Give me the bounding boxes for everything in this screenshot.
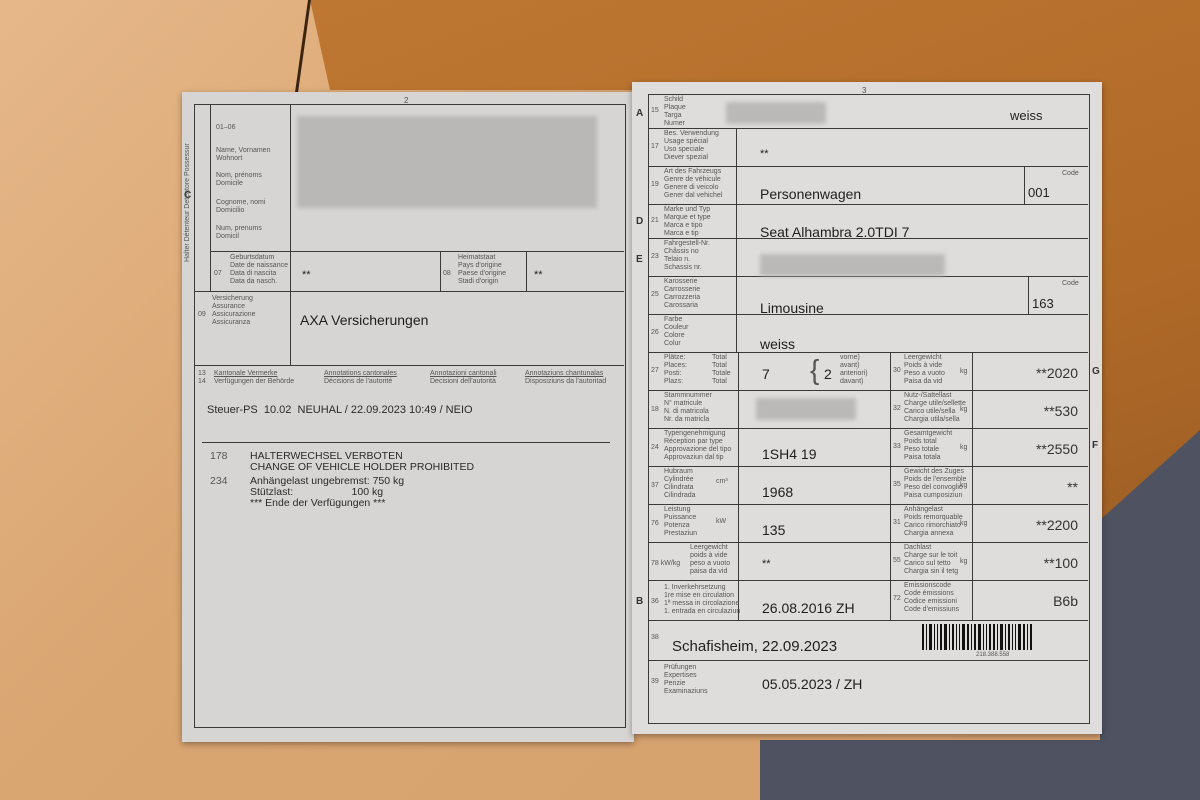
barcode-number: 218.388.558 [976, 652, 1009, 658]
row_25-label: Karosserie [664, 278, 697, 286]
row-55-label: Dachlast [904, 544, 931, 552]
barcode-bar [949, 624, 950, 650]
row-divider [648, 466, 1088, 467]
origin-country-value: ** [534, 269, 543, 281]
row-72-label: Emissionscode [904, 582, 951, 590]
row_25-label: Carrosserie [664, 286, 700, 294]
barcode-bar [1023, 624, 1025, 650]
barcode-bar [944, 624, 947, 650]
row_17-label: Diever spezial [664, 154, 708, 162]
row-31-label: Poids remorquable [904, 514, 963, 522]
code-label: Code [1062, 280, 1079, 288]
seats-total-value: 7 [762, 366, 770, 382]
row-divider [648, 352, 1088, 353]
row-27-total-label: Total [712, 354, 727, 362]
barcode-bar [959, 624, 960, 650]
inspection-value: 05.05.2023 / ZH [762, 676, 862, 692]
row-27-total-label: Total [712, 378, 727, 386]
row-55-label: Carico sul tetto [904, 560, 951, 568]
left-page: 2 C Halter Détenteur Detentore Possessur… [182, 92, 634, 742]
row-33-value: **2550 [998, 441, 1078, 457]
row-18-number: 18 [651, 406, 659, 413]
row-39-number: 39 [651, 678, 659, 685]
row-72-value: B6b [998, 593, 1078, 609]
row_21-label: Marke und Typ [664, 206, 710, 214]
section-letter-d: D [636, 216, 643, 227]
row-08-number: 08 [443, 270, 451, 277]
matriculation-number-redacted [756, 398, 856, 420]
row-27-label: Posti: [664, 370, 682, 378]
vehicle-type-value: Personenwagen [760, 186, 861, 202]
row_25-label: Carossaria [664, 302, 698, 310]
row-76-label: Prestaziun [664, 530, 697, 538]
row_25-number: 25 [651, 291, 659, 298]
issue-place-date-value: Schafisheim, 22.09.2023 [672, 638, 837, 655]
row-divider [648, 314, 1088, 315]
row-35-label: Gewicht des Zuges [904, 468, 964, 476]
row_21-label: Marque et type [664, 214, 711, 222]
row-27-label: Places: [664, 362, 687, 370]
section-letter-g: G [1092, 366, 1100, 377]
seats-front-label: vorne) [840, 354, 860, 362]
unit-label: kg [960, 406, 967, 414]
row-31-label: Chargia annexa [904, 530, 953, 538]
column-divider [1024, 166, 1025, 204]
row-39-label: Expertises [664, 672, 697, 680]
row-divider [648, 660, 1088, 661]
row_19-label: Gener dal vehichel [664, 192, 722, 200]
row-37-label: Cylindrée [664, 476, 694, 484]
row-18-label: Nr. da matricla [664, 416, 709, 424]
row-32-label: Chargia utila/sella [904, 416, 960, 424]
barcode-bar [1030, 624, 1032, 650]
row-39-label: Examinaziuns [664, 688, 708, 696]
row-76-label: Leistung [664, 506, 690, 514]
row_25-label: Carrozzeria [664, 294, 700, 302]
row_23-label: Telaio n. [664, 256, 690, 264]
insurance-value: AXA Versicherungen [300, 312, 428, 328]
row-0106-label-de: Name, Vornamen Wohnort [216, 147, 286, 162]
annotations-header-rm: Annotaziuns chantunalas [525, 370, 603, 378]
row-72-number: 72 [893, 595, 901, 602]
row-30-value: **2020 [998, 365, 1078, 381]
row-35-label: Peso del convoglio [904, 484, 963, 492]
row-76-label: Potenza [664, 522, 690, 530]
row-27-label: Plazs: [664, 378, 683, 386]
decisions-header-fr: Décisions de l'autorité [324, 378, 392, 386]
barcode-bar [952, 624, 954, 650]
body-type-code: 163 [1032, 296, 1054, 311]
row-18-label: Stammnummer [664, 392, 712, 400]
column-divider [736, 128, 737, 352]
plate-color-value: weiss [1010, 108, 1043, 123]
barcode-bar [940, 624, 942, 650]
row-78-label: peso a vuoto [690, 560, 730, 568]
row_19-label: Genre de véhicule [664, 176, 721, 184]
row-35-number: 35 [893, 481, 901, 488]
row_26-label: Colur [664, 340, 681, 348]
row-27-total-label: Total [712, 362, 727, 370]
seats-front-label: avant) [840, 362, 859, 370]
row_23-number: 23 [651, 253, 659, 260]
row_17-label: Bes. Verwendung [664, 130, 719, 138]
row_21-number: 21 [651, 217, 659, 224]
row-78-number: 78 kW/kg [651, 560, 680, 567]
row_26-label: Colore [664, 332, 685, 340]
row_15-label: Numer [664, 120, 685, 128]
row-37-number: 37 [651, 482, 659, 489]
row-33-label: Paisa totala [904, 454, 941, 462]
tax-hp-line: Steuer-PS 10.02 NEUHAL / 22.09.2023 10:4… [207, 404, 473, 416]
unit-label: kW [716, 518, 726, 526]
decisions-header-it: Decisioni dell'autorità [430, 378, 496, 386]
barcode-bar [1018, 624, 1021, 650]
column-divider [1028, 276, 1029, 314]
row-07-label: Geburtsdatum [230, 254, 274, 262]
chassis-number-redacted [760, 254, 945, 276]
decision-line: *** Ende der Verfügungen *** [250, 497, 385, 509]
row-07-label: Data di nascita [230, 270, 276, 278]
row-36-label: 1. Inverkehrsetzung [664, 584, 725, 592]
row-35-label: Poids de l'ensemble [904, 476, 966, 484]
row-divider [648, 504, 1088, 505]
vehicle-type-code: 001 [1028, 185, 1050, 200]
barcode-bar [997, 624, 998, 650]
row-78-label: poids à vide [690, 552, 727, 560]
row_15-label: Plaque [664, 104, 686, 112]
row-30-label: Peso a vuoto [904, 370, 945, 378]
barcode-bar [926, 624, 927, 650]
row-08-label: Stadi d'origin [458, 278, 498, 286]
row_15-label: Schild [664, 96, 683, 104]
barcode-bar [1000, 624, 1003, 650]
type-approval-value: 1SH4 19 [762, 446, 816, 462]
row-32-label: Charge utile/sellette [904, 400, 966, 408]
row-18-label: N° matricule [664, 400, 702, 408]
row-09-label: Versicherung [212, 295, 253, 303]
row-32-label: Nutz-/Sattellast [904, 392, 951, 400]
right-page: 3 15SchildPlaqueTargaNumer17Bes. Verwend… [632, 82, 1102, 734]
row_23-label: Châssis no [664, 248, 699, 256]
row-0106-label-it: Cognome, nomi Domicilio [216, 199, 286, 214]
code-label: Code [1062, 170, 1079, 178]
row-33-number: 33 [893, 443, 901, 450]
row-18-label: N. di matricola [664, 408, 709, 416]
decision-line: CHANGE OF VEHICLE HOLDER PROHIBITED [250, 461, 474, 473]
section-letter-f: F [1092, 440, 1098, 451]
row-31-label: Anhängelast [904, 506, 943, 514]
row_26-label: Farbe [664, 316, 682, 324]
barcode-bar [971, 624, 972, 650]
row-27-number: 27 [651, 367, 659, 374]
barcode-bar [1015, 624, 1016, 650]
barcode-bar [993, 624, 995, 650]
row-divider [648, 128, 1088, 129]
row_15-label: Targa [664, 112, 682, 120]
row-24-label: Approvazione del tipo [664, 446, 731, 454]
barcode [922, 624, 1032, 650]
make-model-value: Seat Alhambra 2.0TDI 7 [760, 224, 909, 240]
row-07-number: 07 [214, 270, 222, 277]
row-07-label: Data da nasch. [230, 278, 277, 286]
power-value: 135 [762, 522, 785, 538]
row-31-label: Carico rimorchiato [904, 522, 961, 530]
section-letter-e: E [636, 254, 643, 265]
row-72-label: Codice emissioni [904, 598, 957, 606]
column-divider [890, 352, 891, 620]
row-27-label: Plätze: [664, 354, 685, 362]
color-value: weiss [760, 336, 795, 352]
row_17-label: Uso speciale [664, 146, 704, 154]
barcode-bar [956, 624, 957, 650]
row_23-label: Fahrgestell-Nr. [664, 240, 710, 248]
row-37-label: Cilindrada [664, 492, 696, 500]
row-55-label: Charge sur le toit [904, 552, 957, 560]
barcode-bar [922, 624, 924, 650]
row-divider [648, 166, 1088, 167]
unit-label: cm³ [716, 478, 728, 486]
decision-code: 178 [210, 450, 228, 462]
row-35-value: ** [998, 479, 1078, 495]
row-37-label: Hubraum [664, 468, 693, 476]
row-35-label: Paisa cumposiziun [904, 492, 962, 500]
row-33-label: Gesamtgewicht [904, 430, 952, 438]
barcode-bar [983, 624, 984, 650]
seats-front-label: anteriori) [840, 370, 868, 378]
row-78-label: Leergewicht [690, 544, 728, 552]
row-divider [648, 204, 1088, 205]
row-13-number: 13 [198, 370, 206, 378]
row-divider [648, 428, 1088, 429]
row-55-value: **100 [998, 555, 1078, 571]
column-divider [738, 352, 739, 620]
barcode-bar [1005, 624, 1006, 650]
decisions-header-de: Verfügungen der Behörde [214, 378, 294, 386]
unit-label: kg [960, 520, 967, 528]
row-30-label: Paisa da vid [904, 378, 942, 386]
row-33-label: Peso totale [904, 446, 939, 454]
row_19-label: Art des Fahrzeugs [664, 168, 721, 176]
row-07-label: Date de naissance [230, 262, 288, 270]
row-divider [648, 620, 1088, 621]
row_26-label: Couleur [664, 324, 689, 332]
section-letter-a: A [636, 108, 643, 119]
barcode-bar [974, 624, 976, 650]
barcode-bar [1008, 624, 1010, 650]
body-type-value: Limousine [760, 300, 824, 316]
column-divider [972, 352, 973, 620]
displacement-value: 1968 [762, 484, 793, 500]
row-76-label: Puissance [664, 514, 696, 522]
row-divider [648, 390, 1088, 391]
barcode-bar [937, 624, 938, 650]
special-use-value: ** [760, 148, 769, 160]
row-55-label: Chargia sin il tetg [904, 568, 958, 576]
barcode-bar [934, 624, 935, 650]
row-36-number: 36 [651, 598, 659, 605]
row_23-label: Schassis nr. [664, 264, 702, 272]
first-registration-value: 26.08.2016 ZH [762, 600, 855, 616]
row-08-label: Paese d'origine [458, 270, 506, 278]
row-09-label: Assicurazione [212, 311, 256, 319]
row-divider [648, 542, 1088, 543]
holder-vertical-label: Halter Détenteur Detentore Possessur [184, 112, 192, 262]
row-24-label: Approvaziun dal tip [664, 454, 724, 462]
birthdate-value: ** [302, 269, 311, 281]
row-30-label: Leergewicht [904, 354, 942, 362]
barcode-bar [929, 624, 932, 650]
row-24-label: Réception par type [664, 438, 723, 446]
barcode-bar [978, 624, 981, 650]
row-31-number: 31 [893, 519, 901, 526]
row-24-label: Typengenehmigung [664, 430, 726, 438]
decisions-header-rm: Disposiziuns da l'autoritad [525, 378, 606, 386]
row-32-label: Carico utile/sella [904, 408, 955, 416]
annotations-header-de: Kantonale Vermerke [214, 370, 277, 378]
row-55-number: 55 [893, 557, 901, 564]
row-39-label: Prüfungen [664, 664, 696, 672]
row-39-label: Perizie [664, 680, 685, 688]
unit-label: kg [960, 444, 967, 452]
row_19-number: 19 [651, 181, 659, 188]
unit-label: kg [960, 482, 967, 490]
barcode-bar [986, 624, 987, 650]
row-36-label: 1ª messa in circolazione [664, 600, 739, 608]
plate-number-redacted [726, 102, 826, 124]
row-08-label: Heimatstaat [458, 254, 495, 262]
barcode-bar [962, 624, 965, 650]
row-72-label: Code d'emissiuns [904, 606, 959, 614]
row-09-label: Assicuranza [212, 319, 250, 327]
unit-label: kg [960, 368, 967, 376]
row-72-label: Code émissions [904, 590, 954, 598]
annotations-header-it: Annotazioni cantonali [430, 370, 497, 378]
barcode-bar [967, 624, 969, 650]
row_15-number: 15 [651, 107, 659, 114]
power-weight-value: ** [762, 558, 771, 570]
row-08-label: Pays d'origine [458, 262, 502, 270]
row-32-number: 32 [893, 405, 901, 412]
seats-front-value: 2 [824, 366, 832, 382]
row-76-number: 76 [651, 520, 659, 527]
row-38-number: 38 [651, 634, 659, 641]
row-78-label: paisa da vid [690, 568, 727, 576]
row-divider [648, 580, 1088, 581]
row-36-label: 1. entrada en circulaziun [664, 608, 740, 616]
row-divider [648, 276, 1088, 277]
row-27-total-label: Totale [712, 370, 731, 378]
seats-front-label: davant) [840, 378, 863, 386]
row-0106-label-rm: Num, prenums Domicil [216, 225, 286, 240]
barcode-bar [989, 624, 991, 650]
row-36-label: 1re mise en circulation [664, 592, 734, 600]
row_21-label: Marca e tip [664, 230, 699, 238]
brace: { [810, 354, 819, 386]
annotations-header-fr: Annotations cantonales [324, 370, 397, 378]
row_19-label: Genere di veicolo [664, 184, 718, 192]
decision-code: 234 [210, 475, 228, 487]
row-33-label: Poids total [904, 438, 937, 446]
row-32-value: **530 [998, 403, 1078, 419]
row_17-label: Usage spécial [664, 138, 708, 146]
row-14-number: 14 [198, 378, 206, 386]
unit-label: kg [960, 558, 967, 566]
row-09-label: Assurance [212, 303, 245, 311]
barcode-bar [1027, 624, 1028, 650]
barcode-bar [1012, 624, 1013, 650]
holder-name-redacted [297, 116, 597, 208]
section-letter-b: B [636, 596, 643, 607]
row-37-label: Cilindrata [664, 484, 694, 492]
row_26-number: 26 [651, 329, 659, 336]
row-30-number: 30 [893, 367, 901, 374]
row-0106-number: 01–06 [216, 124, 235, 132]
row-09-number: 09 [198, 311, 206, 318]
row-31-value: **2200 [998, 517, 1078, 533]
row-24-number: 24 [651, 444, 659, 451]
row-30-label: Poids à vide [904, 362, 942, 370]
row_17-number: 17 [651, 143, 659, 150]
row-0106-label-fr: Nom, prénoms Domicile [216, 172, 286, 187]
row_21-label: Marca e tipo [664, 222, 703, 230]
